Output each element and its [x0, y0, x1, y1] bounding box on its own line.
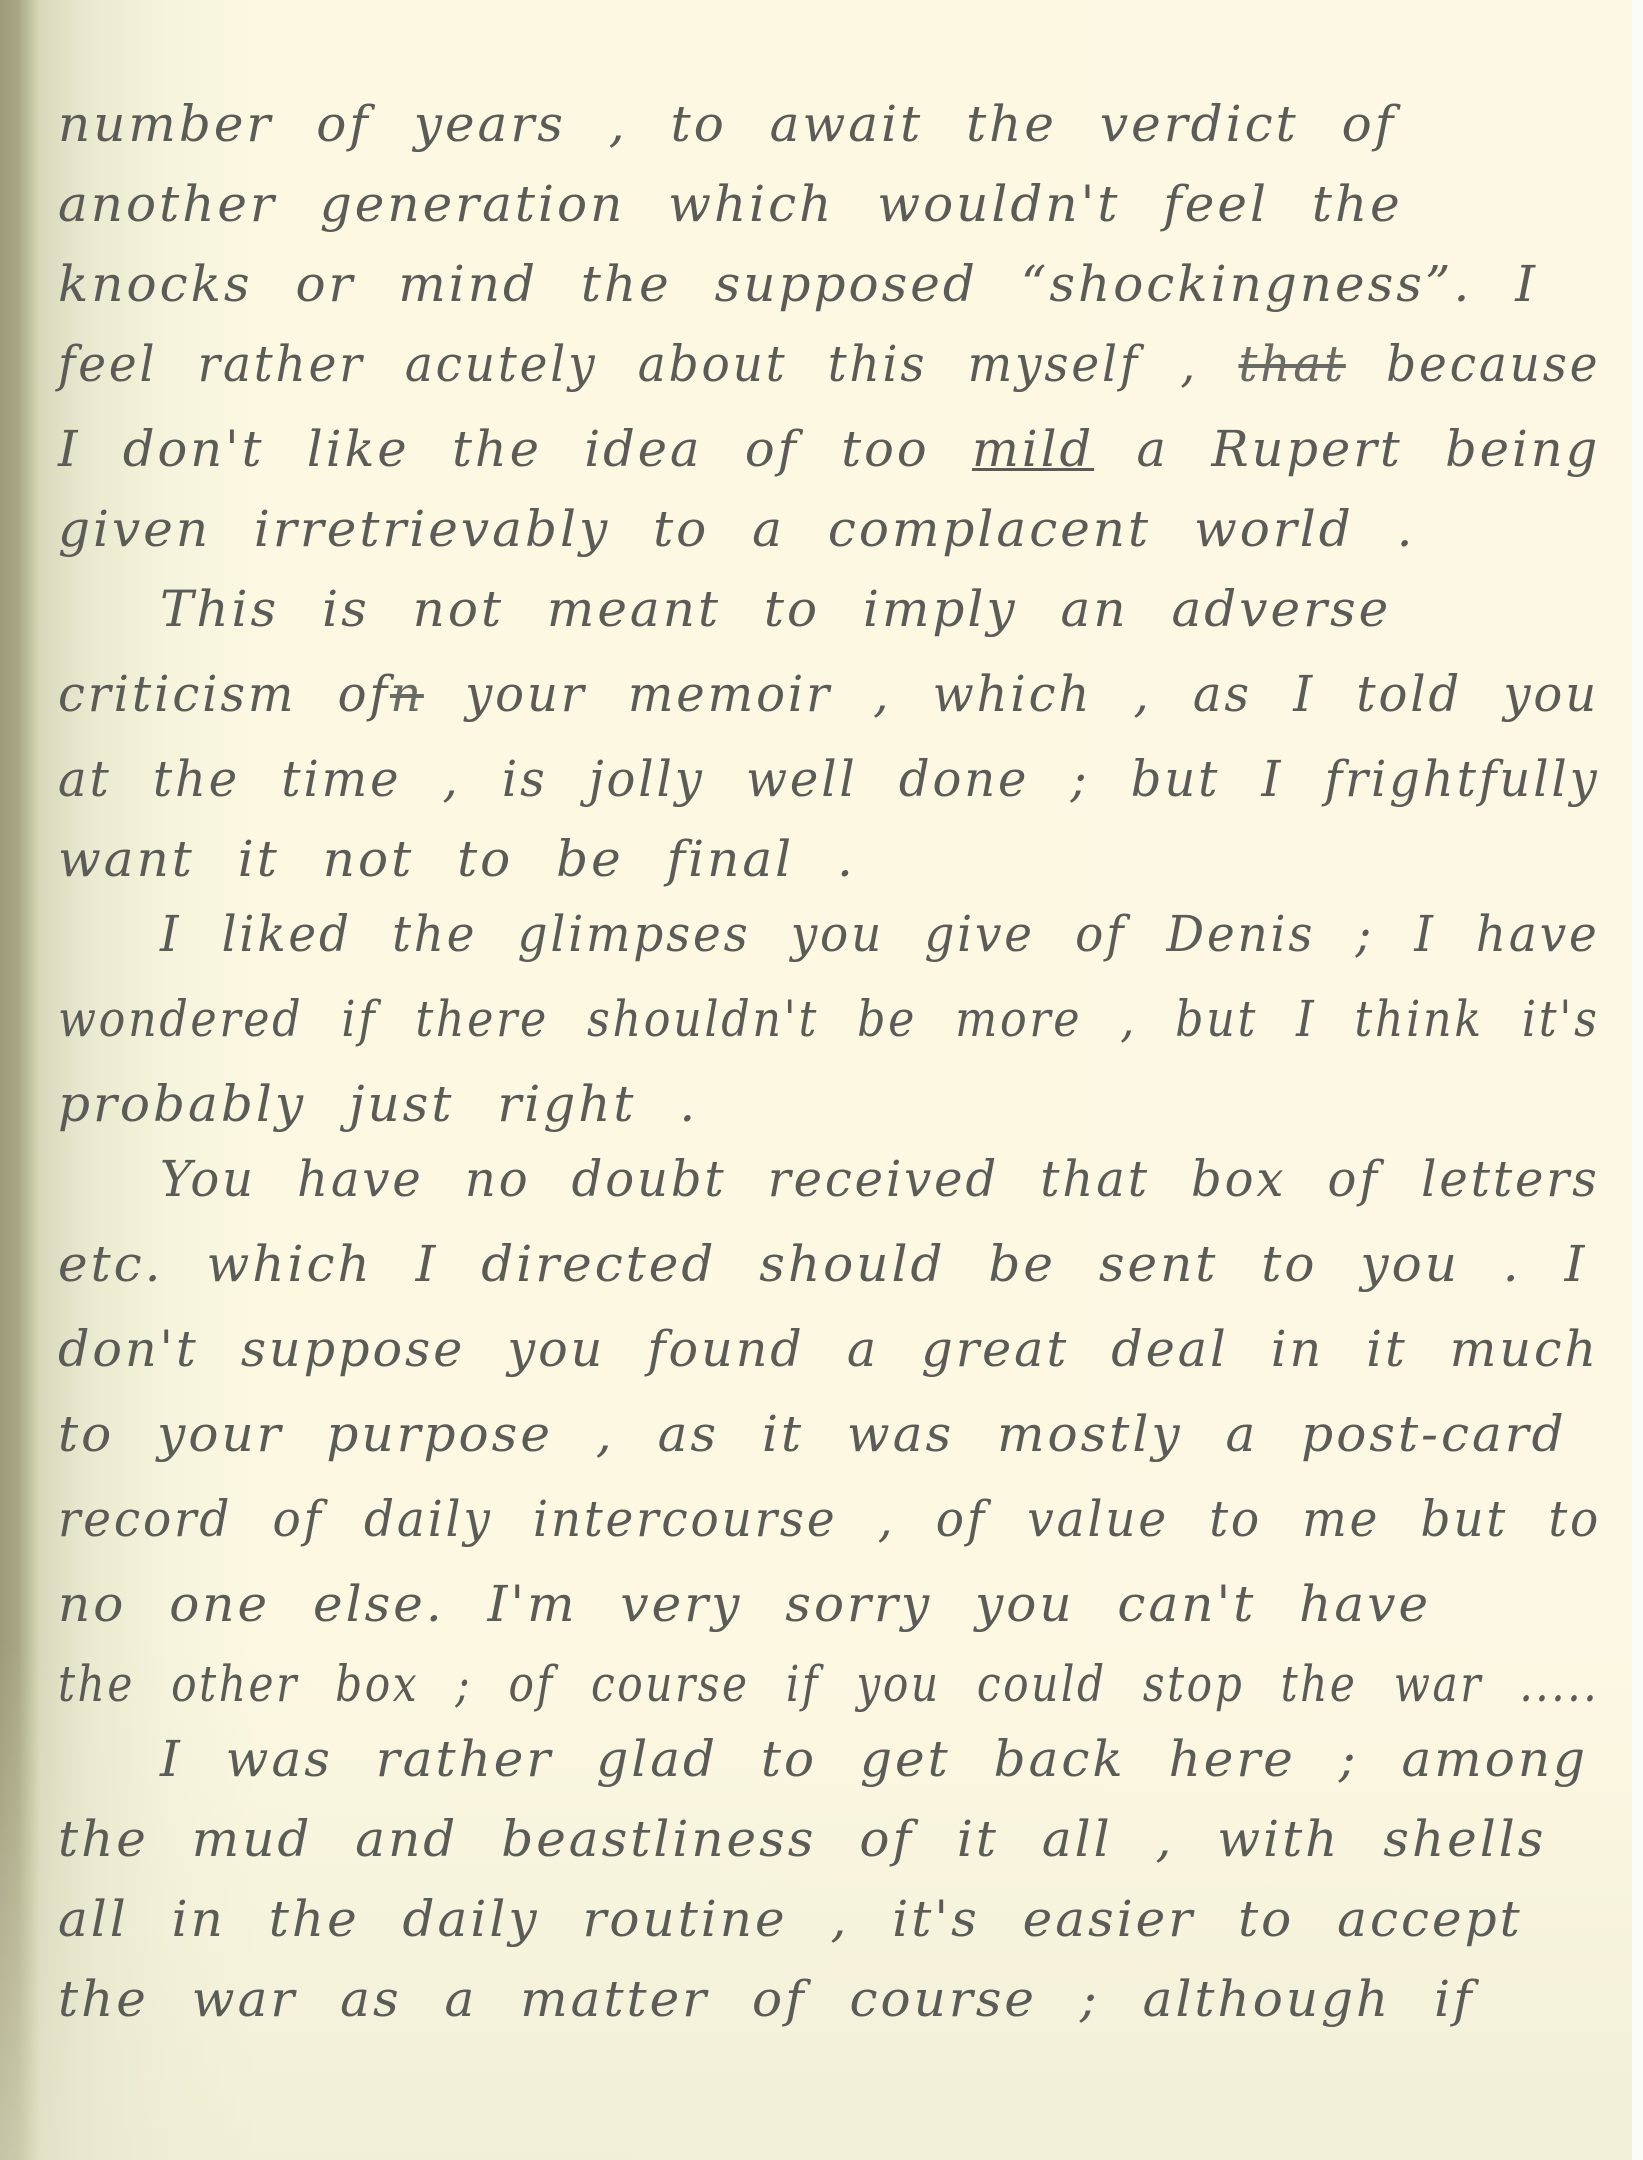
letter-page: number of years , to await the verdict o…: [0, 0, 1632, 2160]
handwritten-line: I was rather glad to get back here ; amo…: [160, 1730, 1588, 1788]
handwritten-line: the other box ; of course if you could s…: [58, 1655, 1599, 1713]
handwritten-line: number of years , to await the verdict o…: [58, 95, 1396, 153]
line-text: because: [1346, 335, 1601, 393]
handwritten-line: all in the daily routine , it's easier t…: [58, 1890, 1523, 1948]
line-text: a Rupert being: [1094, 420, 1600, 478]
underlined-word: mild: [972, 420, 1094, 478]
handwritten-line: etc. which I directed should be sent to …: [58, 1235, 1587, 1293]
handwritten-line: This is not meant to imply an adverse: [160, 580, 1391, 638]
handwritten-line: feel rather acutely about this myself , …: [58, 335, 1600, 393]
handwritten-line: knocks or mind the supposed “shockingnes…: [58, 255, 1538, 313]
page-edge: [1632, 0, 1643, 2160]
line-text: feel rather acutely about this myself ,: [58, 335, 1238, 393]
struck-out-word: that: [1238, 335, 1345, 393]
handwritten-line: no one else. I'm very sorry you can't ha…: [58, 1575, 1431, 1633]
line-text: criticism of: [58, 665, 390, 723]
handwritten-line: I liked the glimpses you give of Denis ;…: [160, 905, 1600, 963]
handwritten-line: wondered if there shouldn't be more , bu…: [58, 990, 1600, 1048]
handwritten-line: don't suppose you found a great deal in …: [58, 1320, 1599, 1378]
handwritten-line: criticism ofn your memoir , which , as I…: [58, 665, 1599, 723]
line-text: your memoir , which , as I told you: [424, 665, 1599, 723]
line-text: I don't like the idea of too: [58, 420, 972, 478]
handwritten-line: I don't like the idea of too mild a Rupe…: [58, 420, 1600, 478]
handwritten-line: record of daily intercourse , of value t…: [58, 1490, 1601, 1548]
handwritten-line: the mud and beastliness of it all , with…: [58, 1810, 1546, 1868]
handwritten-line: probably just right .: [58, 1075, 698, 1133]
handwritten-line: to your purpose , as it was mostly a pos…: [58, 1405, 1567, 1463]
handwritten-line: given irretrievably to a complacent worl…: [58, 500, 1416, 558]
handwritten-line: the war as a matter of course ; although…: [58, 1970, 1475, 2028]
handwritten-line: at the time , is jolly well done ; but I…: [58, 750, 1600, 808]
struck-out-word: n: [390, 665, 424, 723]
handwritten-line: another generation which wouldn't feel t…: [58, 175, 1403, 233]
handwritten-line: want it not to be final .: [58, 830, 856, 888]
handwritten-line: You have no doubt received that box of l…: [160, 1150, 1600, 1208]
